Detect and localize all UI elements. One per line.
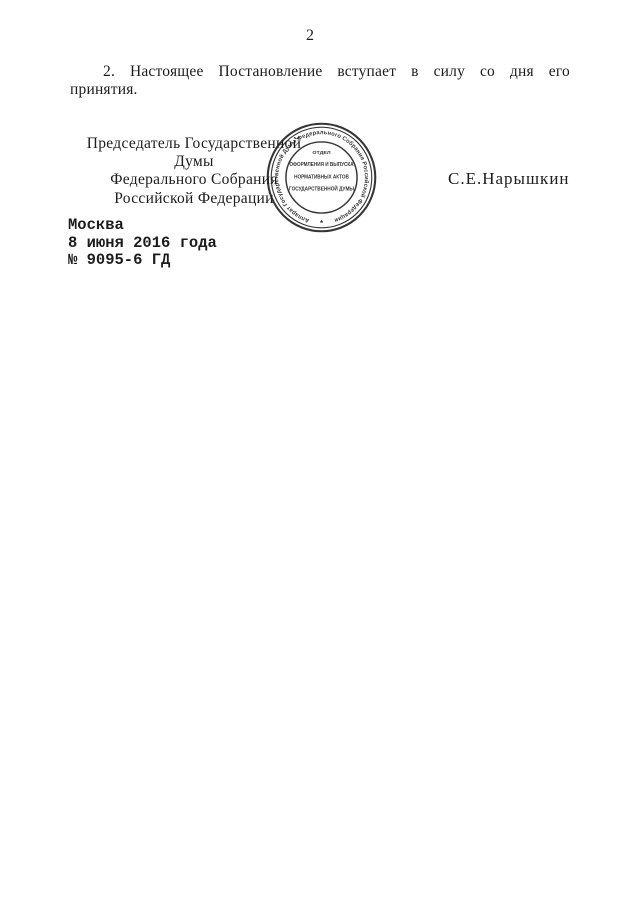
issuance-city: Москва <box>68 217 217 235</box>
page-number: 2 <box>0 27 620 45</box>
stamp-center-line-1: ОТДЕЛ <box>312 150 331 156</box>
signatory-name: С.Е.Нарышкин <box>448 169 570 189</box>
stamp-center-line-3: НОРМАТИВНЫХ АКТОВ <box>294 174 349 180</box>
issuance-date: 8 июня 2016 года <box>68 235 217 253</box>
stamp-bottom-star-icon: * <box>320 219 324 228</box>
resolution-clause-paragraph: 2. Настоящее Постановление вступает в си… <box>70 63 570 99</box>
stamp-center-line-4: ГОСУДАРСТВЕННОЙ ДУМЫ <box>289 185 354 193</box>
issuance-document-number: № 9095-6 ГД <box>68 252 217 270</box>
official-round-stamp-seal: Аппарат Государственной Думы Федеральног… <box>257 122 386 233</box>
document-page: 2 2. Настоящее Постановление вступает в … <box>0 0 640 905</box>
issuance-block: Москва 8 июня 2016 года № 9095-6 ГД <box>68 217 217 270</box>
stamp-center-line-2: ОФОРМЛЕНИЯ И ВЫПУСКА <box>289 162 354 168</box>
